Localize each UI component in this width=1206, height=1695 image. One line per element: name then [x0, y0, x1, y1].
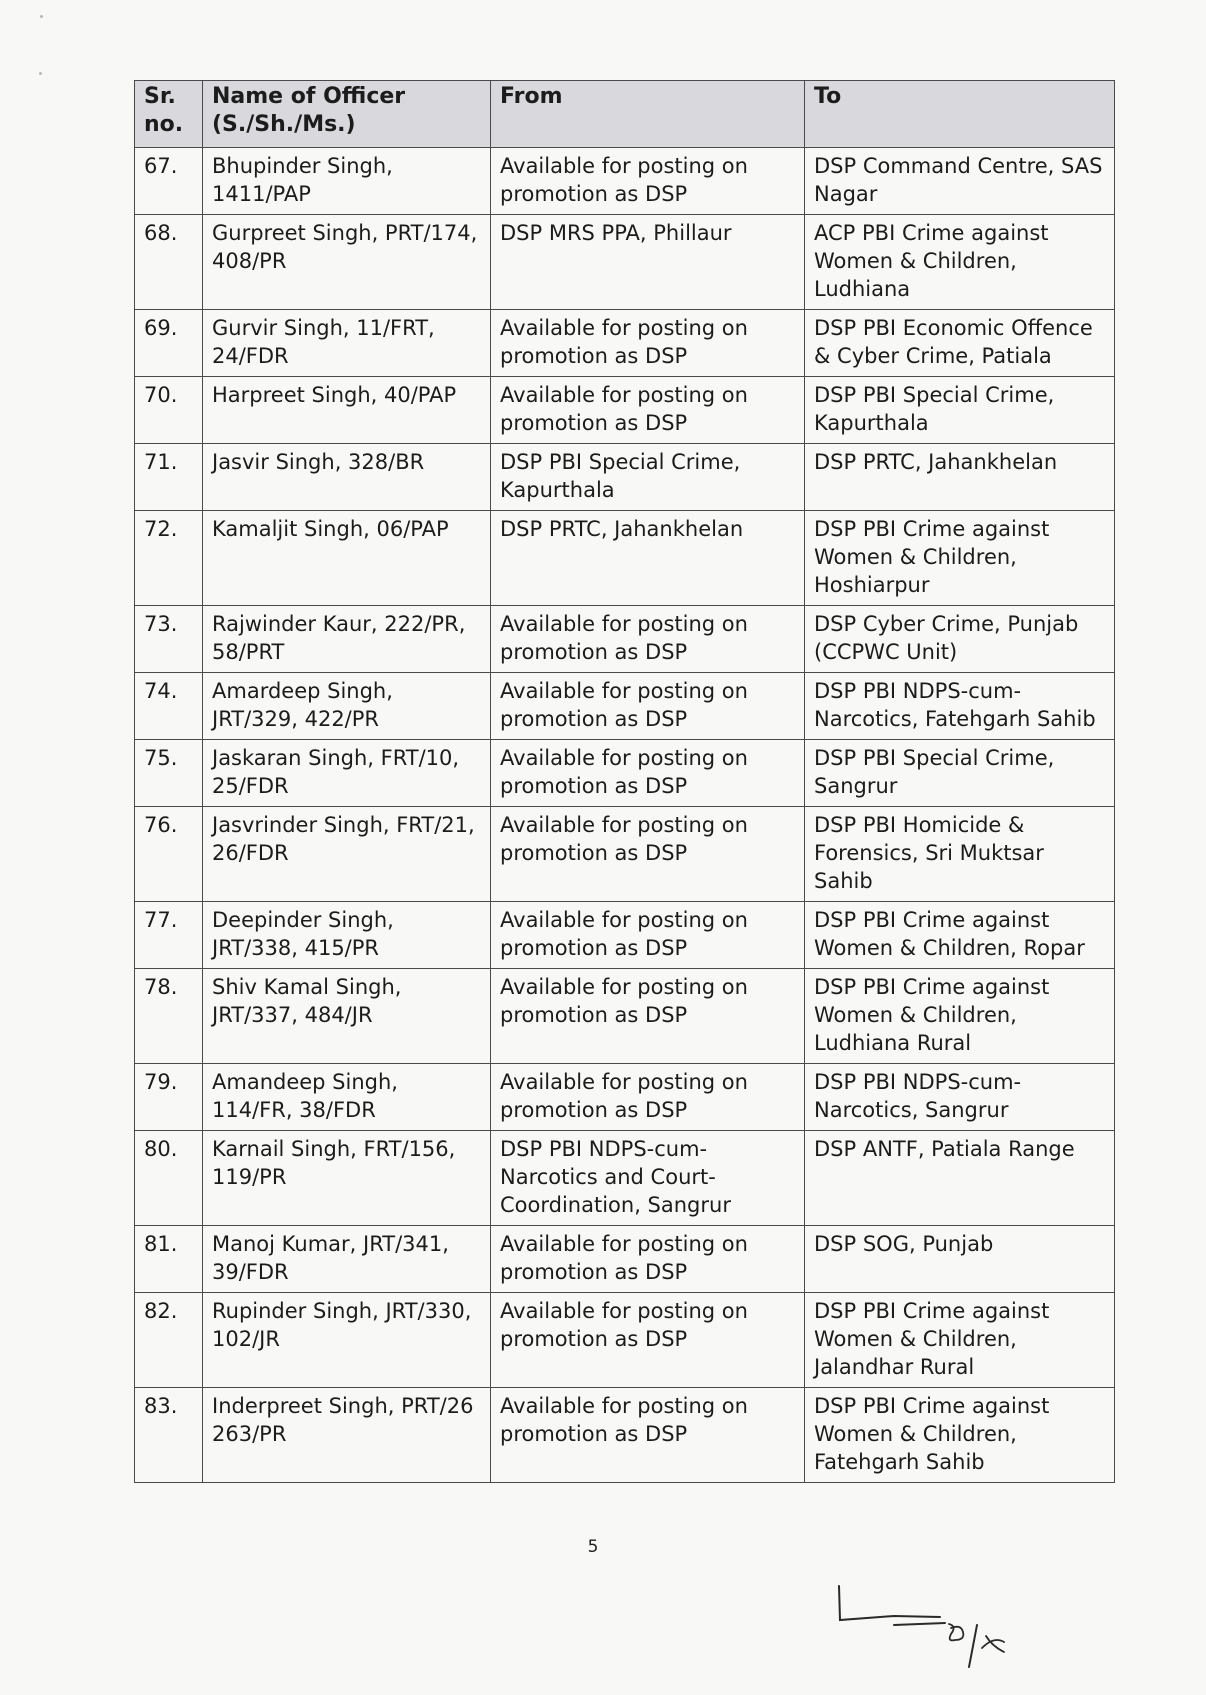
- table-body: 67.Bhupinder Singh,1411/PAPAvailable for…: [135, 148, 1115, 1483]
- cell-line: 39/FDR: [212, 1258, 481, 1286]
- cell-line: DSP Cyber Crime, Punjab: [814, 610, 1105, 638]
- cell-line: promotion as DSP: [500, 1325, 795, 1353]
- table-row: 70.Harpreet Singh, 40/PAPAvailable for p…: [135, 377, 1115, 444]
- cell-line: Narcotics, Fatehgarh Sahib: [814, 705, 1105, 733]
- header-officer-name: Name of Officer (S./Sh./Ms.): [203, 81, 491, 148]
- cell-line: Narcotics, Sangrur: [814, 1096, 1105, 1124]
- cell-line: 24/FDR: [212, 342, 481, 370]
- cell-line: Amandeep Singh,: [212, 1068, 481, 1096]
- posting-table: Sr. no. Name of Officer (S./Sh./Ms.) Fro…: [134, 80, 1115, 1483]
- table-row: 78.Shiv Kamal Singh,JRT/337, 484/JRAvail…: [135, 969, 1115, 1064]
- cell-line: DSP PBI Special Crime,: [814, 744, 1105, 772]
- cell-from: Available for posting onpromotion as DSP: [491, 740, 805, 807]
- cell-line: Gurpreet Singh, PRT/174,: [212, 219, 481, 247]
- header-line: From: [500, 84, 563, 109]
- cell-from: Available for posting onpromotion as DSP: [491, 902, 805, 969]
- table-row: 81.Manoj Kumar, JRT/341,39/FDRAvailable …: [135, 1226, 1115, 1293]
- cell-line: 408/PR: [212, 247, 481, 275]
- scan-speck: [39, 72, 42, 75]
- cell-officer-name: Rupinder Singh, JRT/330,102/JR: [203, 1293, 491, 1388]
- cell-line: Harpreet Singh, 40/PAP: [212, 381, 481, 409]
- cell-line: DSP PRTC, Jahankhelan: [500, 515, 795, 543]
- cell-line: Manoj Kumar, JRT/341,: [212, 1230, 481, 1258]
- cell-from: Available for posting onpromotion as DSP: [491, 377, 805, 444]
- cell-line: Women & Children,: [814, 1420, 1105, 1448]
- cell-sr-no: 73.: [135, 606, 203, 673]
- cell-to: DSP PBI NDPS-cum-Narcotics, Fatehgarh Sa…: [805, 673, 1115, 740]
- cell-sr-no: 81.: [135, 1226, 203, 1293]
- cell-line: Rupinder Singh, JRT/330,: [212, 1297, 481, 1325]
- cell-sr-no: 75.: [135, 740, 203, 807]
- cell-line: promotion as DSP: [500, 1096, 795, 1124]
- cell-to: DSP PBI Crime againstWomen & Children,Lu…: [805, 969, 1115, 1064]
- cell-officer-name: Deepinder Singh,JRT/338, 415/PR: [203, 902, 491, 969]
- cell-line: promotion as DSP: [500, 934, 795, 962]
- cell-line: Coordination, Sangrur: [500, 1191, 795, 1219]
- cell-line: Available for posting on: [500, 1297, 795, 1325]
- cell-officer-name: Karnail Singh, FRT/156,119/PR: [203, 1131, 491, 1226]
- cell-line: Narcotics and Court-: [500, 1163, 795, 1191]
- cell-from: DSP PBI Special Crime,Kapurthala: [491, 444, 805, 511]
- header-to: To: [805, 81, 1115, 148]
- header-line: Sr.: [144, 84, 176, 109]
- table-row: 72.Kamaljit Singh, 06/PAPDSP PRTC, Jahan…: [135, 511, 1115, 606]
- cell-line: Available for posting on: [500, 610, 795, 638]
- cell-line: Kamaljit Singh, 06/PAP: [212, 515, 481, 543]
- cell-line: Karnail Singh, FRT/156,: [212, 1135, 481, 1163]
- cell-from: Available for posting onpromotion as DSP: [491, 1226, 805, 1293]
- cell-line: DSP PBI Special Crime,: [500, 448, 795, 476]
- cell-line: Available for posting on: [500, 744, 795, 772]
- cell-to: DSP PBI Crime againstWomen & Children,Fa…: [805, 1388, 1115, 1483]
- cell-sr-no: 68.: [135, 215, 203, 310]
- cell-to: DSP PBI Crime againstWomen & Children,Ja…: [805, 1293, 1115, 1388]
- cell-officer-name: Jaskaran Singh, FRT/10,25/FDR: [203, 740, 491, 807]
- cell-line: Jalandhar Rural: [814, 1353, 1105, 1381]
- cell-line: Kapurthala: [500, 476, 795, 504]
- cell-sr-no: 83.: [135, 1388, 203, 1483]
- cell-line: Available for posting on: [500, 677, 795, 705]
- cell-from: DSP PRTC, Jahankhelan: [491, 511, 805, 606]
- cell-sr-no: 72.: [135, 511, 203, 606]
- cell-to: DSP SOG, Punjab: [805, 1226, 1115, 1293]
- header-sr-no: Sr. no.: [135, 81, 203, 148]
- cell-line: 114/FR, 38/FDR: [212, 1096, 481, 1124]
- cell-sr-no: 80.: [135, 1131, 203, 1226]
- table-row: 76.Jasvrinder Singh, FRT/21,26/FDRAvaila…: [135, 807, 1115, 902]
- cell-officer-name: Gurvir Singh, 11/FRT,24/FDR: [203, 310, 491, 377]
- cell-to: ACP PBI Crime againstWomen & Children,Lu…: [805, 215, 1115, 310]
- cell-line: Available for posting on: [500, 381, 795, 409]
- cell-line: DSP PBI NDPS-cum-: [814, 677, 1105, 705]
- cell-line: DSP PBI Economic Offence: [814, 314, 1105, 342]
- cell-from: Available for posting onpromotion as DSP: [491, 969, 805, 1064]
- table-row: 77.Deepinder Singh,JRT/338, 415/PRAvaila…: [135, 902, 1115, 969]
- cell-from: Available for posting onpromotion as DSP: [491, 148, 805, 215]
- cell-line: Forensics, Sri Muktsar: [814, 839, 1105, 867]
- cell-line: DSP PBI Crime against: [814, 1392, 1105, 1420]
- cell-line: promotion as DSP: [500, 1420, 795, 1448]
- cell-line: Available for posting on: [500, 811, 795, 839]
- cell-sr-no: 82.: [135, 1293, 203, 1388]
- cell-line: DSP PBI NDPS-cum-: [814, 1068, 1105, 1096]
- cell-line: promotion as DSP: [500, 409, 795, 437]
- cell-line: promotion as DSP: [500, 638, 795, 666]
- cell-line: DSP PBI Crime against: [814, 515, 1105, 543]
- cell-from: DSP MRS PPA, Phillaur: [491, 215, 805, 310]
- cell-line: Hoshiarpur: [814, 571, 1105, 599]
- header-line: Name of Officer: [212, 84, 405, 109]
- cell-line: Jasvrinder Singh, FRT/21,: [212, 811, 481, 839]
- cell-line: promotion as DSP: [500, 342, 795, 370]
- table-row: 67.Bhupinder Singh,1411/PAPAvailable for…: [135, 148, 1115, 215]
- cell-from: Available for posting onpromotion as DSP: [491, 673, 805, 740]
- cell-line: promotion as DSP: [500, 772, 795, 800]
- cell-to: DSP PRTC, Jahankhelan: [805, 444, 1115, 511]
- page-number: 5: [0, 1537, 1206, 1557]
- cell-line: DSP PBI Crime against: [814, 973, 1105, 1001]
- cell-to: DSP PBI Crime againstWomen & Children,Ho…: [805, 511, 1115, 606]
- cell-sr-no: 76.: [135, 807, 203, 902]
- cell-line: Ludhiana Rural: [814, 1029, 1105, 1057]
- cell-line: Available for posting on: [500, 973, 795, 1001]
- cell-from: Available for posting onpromotion as DSP: [491, 606, 805, 673]
- cell-from: DSP PBI NDPS-cum-Narcotics and Court-Coo…: [491, 1131, 805, 1226]
- cell-sr-no: 69.: [135, 310, 203, 377]
- table-row: 80.Karnail Singh, FRT/156,119/PRDSP PBI …: [135, 1131, 1115, 1226]
- cell-from: Available for posting onpromotion as DSP: [491, 1293, 805, 1388]
- cell-line: 263/PR: [212, 1420, 481, 1448]
- cell-line: promotion as DSP: [500, 180, 795, 208]
- cell-line: Sahib: [814, 867, 1105, 895]
- cell-line: 26/FDR: [212, 839, 481, 867]
- cell-line: Women & Children,: [814, 247, 1105, 275]
- cell-to: DSP PBI NDPS-cum-Narcotics, Sangrur: [805, 1064, 1115, 1131]
- table-row: 71.Jasvir Singh, 328/BRDSP PBI Special C…: [135, 444, 1115, 511]
- cell-line: DSP PBI Crime against: [814, 1297, 1105, 1325]
- cell-line: Jaskaran Singh, FRT/10,: [212, 744, 481, 772]
- cell-line: Women & Children, Ropar: [814, 934, 1105, 962]
- cell-officer-name: Jasvir Singh, 328/BR: [203, 444, 491, 511]
- cell-line: Fatehgarh Sahib: [814, 1448, 1105, 1476]
- cell-line: Women & Children,: [814, 1325, 1105, 1353]
- cell-line: 58/PRT: [212, 638, 481, 666]
- cell-sr-no: 79.: [135, 1064, 203, 1131]
- cell-line: Jasvir Singh, 328/BR: [212, 448, 481, 476]
- cell-line: promotion as DSP: [500, 1258, 795, 1286]
- cell-line: Rajwinder Kaur, 222/PR,: [212, 610, 481, 638]
- cell-line: Nagar: [814, 180, 1105, 208]
- cell-line: Available for posting on: [500, 152, 795, 180]
- cell-line: JRT/337, 484/JR: [212, 1001, 481, 1029]
- cell-officer-name: Kamaljit Singh, 06/PAP: [203, 511, 491, 606]
- cell-from: Available for posting onpromotion as DSP: [491, 1064, 805, 1131]
- page-number-text: 5: [588, 1537, 599, 1557]
- cell-line: Sangrur: [814, 772, 1105, 800]
- cell-line: 1411/PAP: [212, 180, 481, 208]
- cell-line: Inderpreet Singh, PRT/26: [212, 1392, 481, 1420]
- cell-from: Available for posting onpromotion as DSP: [491, 1388, 805, 1483]
- table-row: 82.Rupinder Singh, JRT/330,102/JRAvailab…: [135, 1293, 1115, 1388]
- cell-sr-no: 70.: [135, 377, 203, 444]
- cell-line: Available for posting on: [500, 1392, 795, 1420]
- cell-line: DSP PBI Special Crime,: [814, 381, 1105, 409]
- cell-line: Gurvir Singh, 11/FRT,: [212, 314, 481, 342]
- cell-line: 119/PR: [212, 1163, 481, 1191]
- table-row: 83.Inderpreet Singh, PRT/26263/PRAvailab…: [135, 1388, 1115, 1483]
- cell-line: DSP MRS PPA, Phillaur: [500, 219, 795, 247]
- cell-to: DSP PBI Crime againstWomen & Children, R…: [805, 902, 1115, 969]
- cell-sr-no: 74.: [135, 673, 203, 740]
- cell-line: DSP PRTC, Jahankhelan: [814, 448, 1105, 476]
- cell-line: Available for posting on: [500, 1230, 795, 1258]
- cell-officer-name: Amardeep Singh,JRT/329, 422/PR: [203, 673, 491, 740]
- cell-line: DSP Command Centre, SAS: [814, 152, 1105, 180]
- scan-speck: [40, 15, 43, 18]
- table-header-row: Sr. no. Name of Officer (S./Sh./Ms.) Fro…: [135, 81, 1115, 148]
- table-row: 74.Amardeep Singh,JRT/329, 422/PRAvailab…: [135, 673, 1115, 740]
- cell-officer-name: Bhupinder Singh,1411/PAP: [203, 148, 491, 215]
- cell-line: Deepinder Singh,: [212, 906, 481, 934]
- cell-to: DSP PBI Economic Offence& Cyber Crime, P…: [805, 310, 1115, 377]
- header-line: no.: [144, 112, 183, 137]
- table-row: 73.Rajwinder Kaur, 222/PR,58/PRTAvailabl…: [135, 606, 1115, 673]
- cell-line: Bhupinder Singh,: [212, 152, 481, 180]
- cell-line: JRT/338, 415/PR: [212, 934, 481, 962]
- cell-line: Women & Children,: [814, 1001, 1105, 1029]
- cell-line: Available for posting on: [500, 314, 795, 342]
- cell-line: (CCPWC Unit): [814, 638, 1105, 666]
- cell-line: Available for posting on: [500, 1068, 795, 1096]
- cell-line: Ludhiana: [814, 275, 1105, 303]
- cell-sr-no: 77.: [135, 902, 203, 969]
- cell-to: DSP PBI Special Crime,Sangrur: [805, 740, 1115, 807]
- cell-to: DSP PBI Special Crime,Kapurthala: [805, 377, 1115, 444]
- cell-line: 25/FDR: [212, 772, 481, 800]
- cell-line: DSP PBI NDPS-cum-: [500, 1135, 795, 1163]
- cell-officer-name: Amandeep Singh,114/FR, 38/FDR: [203, 1064, 491, 1131]
- table-row: 68.Gurpreet Singh, PRT/174,408/PRDSP MRS…: [135, 215, 1115, 310]
- header-line: (S./Sh./Ms.): [212, 112, 356, 137]
- cell-line: & Cyber Crime, Patiala: [814, 342, 1105, 370]
- cell-line: JRT/329, 422/PR: [212, 705, 481, 733]
- table-row: 69.Gurvir Singh, 11/FRT,24/FDRAvailable …: [135, 310, 1115, 377]
- cell-officer-name: Gurpreet Singh, PRT/174,408/PR: [203, 215, 491, 310]
- cell-line: DSP PBI Crime against: [814, 906, 1105, 934]
- document-page: Sr. no. Name of Officer (S./Sh./Ms.) Fro…: [0, 0, 1206, 1695]
- cell-line: DSP SOG, Punjab: [814, 1230, 1105, 1258]
- handwritten-initials-icon: [830, 1570, 1030, 1680]
- cell-line: DSP ANTF, Patiala Range: [814, 1135, 1105, 1163]
- cell-line: Amardeep Singh,: [212, 677, 481, 705]
- cell-line: Available for posting on: [500, 906, 795, 934]
- header-line: To: [814, 84, 841, 109]
- cell-line: promotion as DSP: [500, 839, 795, 867]
- cell-officer-name: Manoj Kumar, JRT/341,39/FDR: [203, 1226, 491, 1293]
- cell-line: promotion as DSP: [500, 1001, 795, 1029]
- cell-sr-no: 67.: [135, 148, 203, 215]
- cell-line: DSP PBI Homicide &: [814, 811, 1105, 839]
- cell-line: Kapurthala: [814, 409, 1105, 437]
- cell-to: DSP Command Centre, SASNagar: [805, 148, 1115, 215]
- cell-line: ACP PBI Crime against: [814, 219, 1105, 247]
- cell-from: Available for posting onpromotion as DSP: [491, 807, 805, 902]
- cell-officer-name: Jasvrinder Singh, FRT/21,26/FDR: [203, 807, 491, 902]
- cell-from: Available for posting onpromotion as DSP: [491, 310, 805, 377]
- cell-officer-name: Harpreet Singh, 40/PAP: [203, 377, 491, 444]
- cell-officer-name: Rajwinder Kaur, 222/PR,58/PRT: [203, 606, 491, 673]
- table-row: 79.Amandeep Singh,114/FR, 38/FDRAvailabl…: [135, 1064, 1115, 1131]
- cell-line: Women & Children,: [814, 543, 1105, 571]
- table-row: 75.Jaskaran Singh, FRT/10,25/FDRAvailabl…: [135, 740, 1115, 807]
- cell-sr-no: 71.: [135, 444, 203, 511]
- cell-officer-name: Inderpreet Singh, PRT/26263/PR: [203, 1388, 491, 1483]
- cell-to: DSP Cyber Crime, Punjab(CCPWC Unit): [805, 606, 1115, 673]
- cell-to: DSP PBI Homicide &Forensics, Sri Muktsar…: [805, 807, 1115, 902]
- cell-sr-no: 78.: [135, 969, 203, 1064]
- cell-line: Shiv Kamal Singh,: [212, 973, 481, 1001]
- cell-to: DSP ANTF, Patiala Range: [805, 1131, 1115, 1226]
- cell-officer-name: Shiv Kamal Singh,JRT/337, 484/JR: [203, 969, 491, 1064]
- header-from: From: [491, 81, 805, 148]
- cell-line: 102/JR: [212, 1325, 481, 1353]
- cell-line: promotion as DSP: [500, 705, 795, 733]
